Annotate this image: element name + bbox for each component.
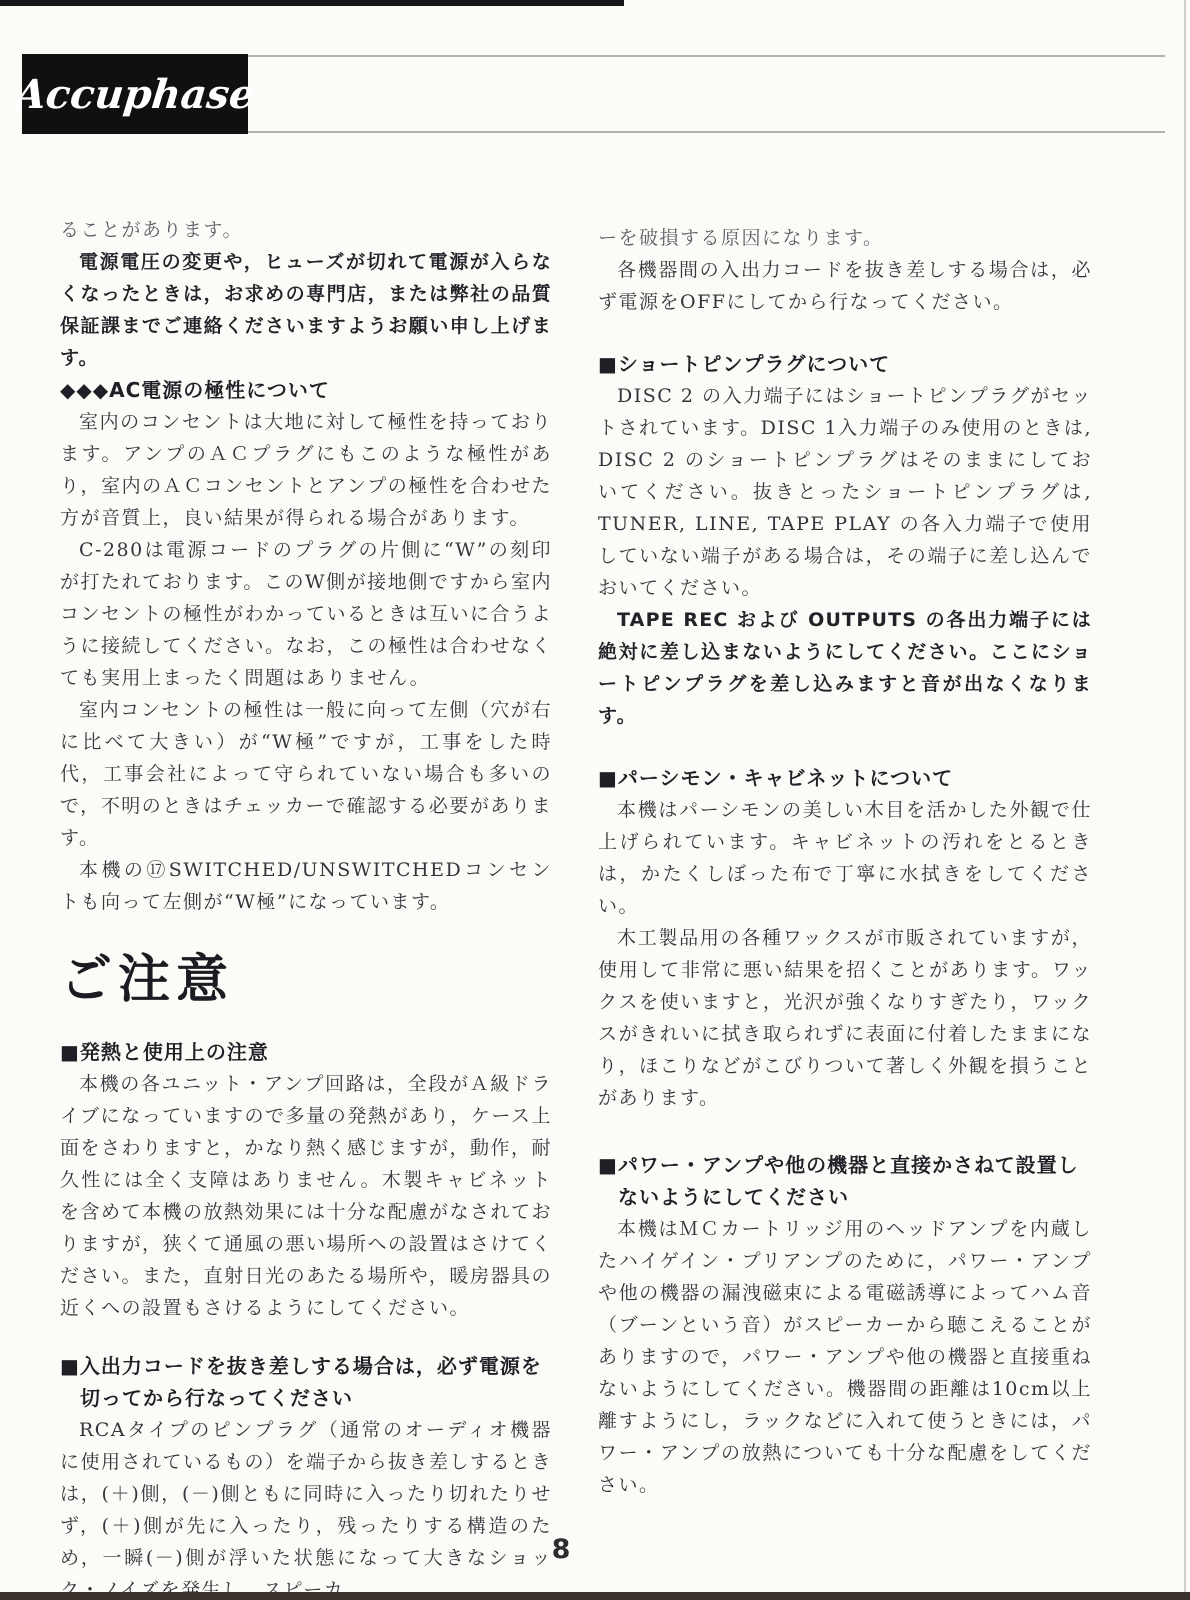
section-heading-stacking: ■パワー・アンプや他の機器と直接かさねて設置しないようにしてください — [598, 1149, 1092, 1213]
manual-page: Accuphase ることがあります。 電源電圧の変更や，ヒューズが切れて電源が… — [0, 0, 1190, 1600]
paragraph-power-notice: 電源電圧の変更や，ヒューズが切れて電源が入らなくなったときは，お求めの専門店，ま… — [60, 246, 552, 374]
left-column: ることがあります。 電源電圧の変更や，ヒューズが切れて電源が入らなくなったときは… — [60, 214, 552, 1600]
paragraph-short-pin-1: DISC 2 の入力端子にはショートピンプラグがセットされています。DISC 1… — [598, 380, 1092, 604]
section-heading-heat: ■発熱と使用上の注意 — [60, 1036, 552, 1068]
accuphase-logo: Accuphase — [22, 54, 248, 134]
header-rule-bottom — [248, 131, 1165, 133]
section-heading-cord: ■入出力コードを抜き差しする場合は，必ず電源を切ってから行なってください — [60, 1350, 552, 1414]
page-right-edge — [1184, 0, 1186, 1600]
logo-text: Accuphase — [13, 71, 258, 118]
top-edge-bar — [0, 0, 624, 6]
paragraph-persimmon-2: 木工製品用の各種ワックスが市販されていますが，使用して非常に悪い結果を招くことが… — [598, 922, 1092, 1114]
paragraph-short-pin-warning: TAPE REC および OUTPUTS の各出力端子には絶対に差し込まないよう… — [598, 604, 1092, 732]
paragraph-heat: 本機の各ユニット・アンプ回路は，全段がＡ級ドライブになっていますので多量の発熱が… — [60, 1068, 552, 1324]
page-number: 8 — [0, 1534, 1122, 1565]
right-column: ーを破損する原因になります。 各機器間の入出力コードを抜き差しする場合は，必ず電… — [598, 222, 1092, 1501]
paragraph-stacking: 本機はＭＣカートリッジ用のヘッドアンプを内蔵したハイゲイン・プリアンプのために，… — [598, 1213, 1092, 1501]
paragraph-ac-1: 室内のコンセントは大地に対して極性を持っております。アンプのＡＣプラグにもこのよ… — [60, 406, 552, 534]
paragraph-ac-2: C-280は電源コードのプラグの片側に“W”の刻印が打たれております。このW側が… — [60, 534, 552, 694]
bottom-edge-bar — [0, 1592, 1190, 1600]
section-heading-short-pin: ■ショートピンプラグについて — [598, 348, 1092, 380]
section-heading-persimmon: ■パーシモン・キャビネットについて — [598, 762, 1092, 794]
header-rule-top — [248, 55, 1165, 57]
section-heading-ac-polarity: ◆◆◆AC電源の極性について — [60, 374, 552, 406]
paragraph-ac-4: 本機の⑰SWITCHED/UNSWITCHEDコンセントも向って左側が“W極”に… — [60, 854, 552, 918]
caution-title: ご注意 — [60, 948, 552, 1012]
paragraph-unplug: 各機器間の入出力コードを抜き差しする場合は，必ず電源をOFFにしてから行なってく… — [598, 254, 1092, 318]
paragraph-continuation: ることがあります。 — [60, 214, 552, 246]
paragraph-continuation-right: ーを破損する原因になります。 — [598, 222, 1092, 254]
paragraph-cord: RCAタイプのピンプラグ（通常のオーディオ機器に使用されているもの）を端子から抜… — [60, 1414, 552, 1600]
paragraph-ac-3: 室内コンセントの極性は一般に向って左側（穴が右に比べて大きい）が“W極”ですが，… — [60, 694, 552, 854]
paragraph-persimmon-1: 本機はパーシモンの美しい木目を活かした外観で仕上げられています。キャビネットの汚… — [598, 794, 1092, 922]
